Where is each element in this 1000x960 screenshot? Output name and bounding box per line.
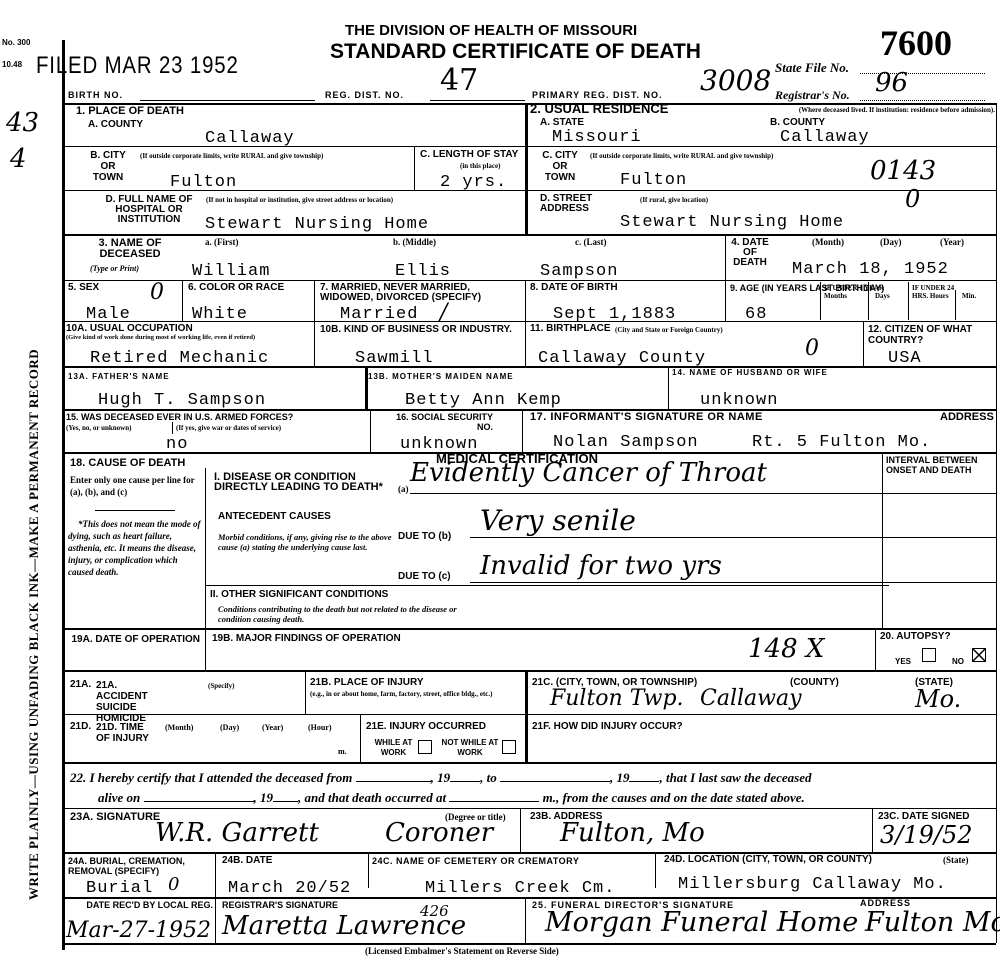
hospital-value: Stewart Nursing Home bbox=[205, 216, 429, 233]
res-street-hint: (If rural, give location) bbox=[640, 196, 708, 204]
while-at-work-label: WHILE AT WORK bbox=[366, 738, 421, 758]
birth-no-label: BIRTH NO. bbox=[68, 90, 123, 100]
length-of-stay-value: 2 yrs. bbox=[440, 174, 507, 191]
row-line bbox=[527, 190, 996, 191]
certify-text-h: , and that death occurred at bbox=[298, 790, 446, 805]
reg-dist-label: REG. DIST. NO. bbox=[325, 90, 404, 100]
burial-location-label: 24d. LOCATION (City, town, or county) bbox=[664, 855, 872, 865]
death-city-value: Fulton bbox=[170, 174, 237, 191]
middle-name-value: Ellis bbox=[395, 263, 451, 280]
col-line bbox=[872, 808, 873, 852]
burial-code: 0 bbox=[168, 874, 179, 896]
middle-name-label: b. (Middle) bbox=[393, 238, 436, 246]
death-county-label: a. COUNTY bbox=[88, 120, 143, 130]
injury-time-text: 21d. TIME OF INJURY bbox=[96, 722, 156, 744]
primary-reg-label: PRIMARY REG. DIST. NO. bbox=[532, 90, 663, 100]
date-of-death-label: 4. DATE OF DEATH bbox=[730, 238, 770, 268]
section-divider bbox=[525, 103, 528, 235]
due-to-b-label: DUE TO (b) bbox=[398, 532, 451, 542]
form-right-border bbox=[996, 103, 997, 943]
armed-forces-value: no bbox=[166, 436, 188, 453]
not-while-at-work-label: NOT WHILE AT WORK bbox=[440, 738, 500, 758]
injury-day-label: (Day) bbox=[220, 724, 239, 732]
injury-time-label: 21d. bbox=[70, 722, 91, 732]
first-name-value: William bbox=[192, 263, 270, 280]
res-county-value: Callaway bbox=[780, 129, 870, 146]
citizen-label: 12. CITIZEN OF WHAT COUNTRY? bbox=[868, 324, 996, 346]
col-line bbox=[314, 280, 315, 366]
autopsy-no-checkbox[interactable] bbox=[972, 648, 986, 662]
date-of-death-value: March 18, 1952 bbox=[792, 261, 949, 278]
cause-a-value: Evidently Cancer of Throat bbox=[410, 462, 767, 484]
business-label: 10b. KIND OF BUSINESS OR INDUSTRY. bbox=[320, 324, 520, 335]
while-at-work-checkbox[interactable] bbox=[418, 740, 432, 754]
place-of-injury-label: 21b. PLACE OF INJURY bbox=[310, 678, 424, 688]
col-line bbox=[522, 409, 523, 452]
burial-date-value: March 20/52 bbox=[228, 880, 351, 897]
due-to-c-label: DUE TO (c) bbox=[398, 572, 451, 582]
cause-hint: Enter only one cause per line for (a), (… bbox=[70, 474, 200, 498]
row-line bbox=[64, 897, 996, 899]
ssn-label: 16. SOCIAL SECURITY NO. bbox=[378, 412, 493, 432]
father-value: Hugh T. Sampson bbox=[98, 392, 266, 409]
row-line bbox=[205, 585, 889, 586]
col-line bbox=[305, 670, 306, 714]
autopsy-label: 20. AUTOPSY? bbox=[880, 632, 951, 642]
col-line bbox=[360, 714, 361, 762]
col-line bbox=[525, 897, 526, 943]
sex-code: 0 bbox=[150, 282, 164, 304]
col-line bbox=[215, 897, 216, 943]
col-line bbox=[868, 282, 869, 320]
armed-forces-hint: (Yes, no, or unknown) bbox=[66, 424, 131, 432]
injury-city-value: Fulton Twp. bbox=[550, 688, 684, 710]
informant-address-label: ADDRESS bbox=[940, 412, 994, 422]
mother-value: Betty Ann Kemp bbox=[405, 392, 562, 409]
injury-occurred-label: 21e. INJURY OCCURRED bbox=[366, 722, 486, 732]
certify-text-b: , 19 bbox=[431, 770, 451, 785]
row-line bbox=[64, 628, 996, 630]
certify-text-i: m., from the causes and on the date stat… bbox=[543, 790, 805, 805]
spouse-value: unknown bbox=[700, 392, 778, 409]
interval-line bbox=[884, 582, 996, 583]
certify-text-c: , to bbox=[480, 770, 497, 785]
hospital-label: d. FULL NAME OF HOSPITAL OR INSTITUTION bbox=[104, 195, 194, 225]
date-signed-value: 3/19/52 bbox=[880, 824, 973, 846]
first-name-label: a. (First) bbox=[205, 238, 239, 246]
degree-value: Coroner bbox=[385, 822, 493, 844]
funeral-address-value: Fulton Mo. bbox=[865, 912, 1000, 934]
cause-of-death-label: 18. CAUSE OF DEATH bbox=[70, 458, 185, 468]
col-line bbox=[215, 852, 216, 897]
col-line bbox=[908, 282, 909, 320]
length-of-stay-label: c. LENGTH OF STAY bbox=[420, 150, 518, 160]
father-label: 13a. FATHER'S NAME bbox=[68, 372, 170, 382]
col-line bbox=[820, 282, 821, 320]
col-line bbox=[520, 808, 521, 852]
citizen-value: USA bbox=[888, 350, 922, 367]
alive-on-field bbox=[144, 801, 254, 802]
marital-label: 7. MARRIED, NEVER MARRIED, WIDOWED, DIVO… bbox=[320, 283, 520, 303]
from-year-field bbox=[450, 781, 480, 782]
occupation-value: Retired Mechanic bbox=[90, 350, 269, 367]
reg-dist-number: 47 bbox=[440, 70, 478, 92]
accident-label: 21a. bbox=[70, 680, 91, 690]
cause-c-line bbox=[470, 582, 890, 583]
last-name-value: Sampson bbox=[540, 263, 618, 280]
mother-label: 13b. MOTHER'S MAIDEN NAME bbox=[368, 372, 514, 382]
col-line bbox=[525, 670, 528, 762]
age-days-label: Days bbox=[875, 292, 890, 300]
autopsy-yes-checkbox[interactable] bbox=[922, 648, 936, 662]
primary-reg-number: 3008 bbox=[700, 70, 771, 92]
alive-year-field bbox=[273, 801, 298, 802]
sex-label: 5. SEX bbox=[68, 283, 99, 293]
cause-footnote: *This does not mean the mode of dying, s… bbox=[68, 518, 203, 578]
margin-note-43: 43 bbox=[6, 112, 39, 134]
place-of-injury-hint: (e.g., in or about home, farm, factory, … bbox=[310, 690, 520, 698]
certify-text-f: alive on bbox=[98, 790, 140, 805]
certify-line-1: 22. I hereby certify that I attended the… bbox=[70, 770, 812, 786]
place-of-death-label: 1. PLACE OF DEATH bbox=[76, 106, 184, 116]
birthplace-code: 0 bbox=[805, 338, 819, 360]
signature-label: 23a. SIGNATURE bbox=[70, 812, 160, 822]
deceased-name-hint: (Type or Print) bbox=[90, 265, 139, 273]
injury-month-label: (Month) bbox=[165, 724, 193, 732]
burial-location-value: Millersburg Callaway Mo. bbox=[678, 876, 947, 893]
cert-address-value: Fulton, Mo bbox=[560, 822, 705, 844]
col-line bbox=[882, 452, 883, 628]
row-line bbox=[64, 670, 996, 672]
accident-hint: (Specify) bbox=[208, 682, 234, 690]
burial-state-label: (State) bbox=[943, 856, 969, 864]
dod-day-label: (Day) bbox=[880, 238, 902, 246]
cause-b-line bbox=[470, 537, 890, 538]
injury-county-value: Callaway bbox=[700, 688, 802, 710]
agency-name: THE DIVISION OF HEALTH OF MISSOURI bbox=[345, 22, 637, 39]
col-line bbox=[955, 290, 956, 320]
birth-no-line bbox=[140, 100, 315, 101]
row-line bbox=[64, 762, 996, 764]
date-received-label: DATE REC'D BY LOCAL REG. bbox=[68, 900, 213, 911]
a-marker: (a) bbox=[398, 485, 409, 493]
disease-label: I. DISEASE OR CONDITION DIRECTLY LEADING… bbox=[214, 472, 404, 492]
to-date-field bbox=[500, 781, 610, 782]
col-line bbox=[725, 280, 726, 322]
row-line bbox=[64, 146, 525, 147]
row-line bbox=[64, 808, 996, 809]
col-line bbox=[414, 146, 415, 190]
race-label: 6. COLOR OR RACE bbox=[188, 283, 284, 293]
res-county-label: b. COUNTY bbox=[770, 118, 825, 128]
burial-label: 24a. BURIAL, CREMATION, REMOVAL (Specify… bbox=[68, 856, 203, 876]
burial-value: Burial bbox=[86, 880, 153, 897]
registrars-no-label: Registrar's No. bbox=[775, 88, 850, 103]
form-number: No. 300 bbox=[2, 38, 30, 47]
res-street-value: Stewart Nursing Home bbox=[620, 214, 844, 231]
form-revision: 10.48 bbox=[2, 60, 22, 69]
row-line bbox=[64, 234, 996, 236]
certify-text-d: , 19 bbox=[610, 770, 630, 785]
informant-label: 17. INFORMANT'S SIGNATURE OR NAME bbox=[530, 412, 763, 422]
dod-month-label: (Month) bbox=[812, 238, 844, 246]
res-city-hint: (If outside corporate limits, write RURA… bbox=[590, 152, 773, 160]
res-city-value: Fulton bbox=[620, 172, 687, 189]
col-line bbox=[368, 852, 369, 888]
col-line bbox=[668, 366, 669, 410]
col-line bbox=[525, 280, 526, 366]
row-line bbox=[64, 190, 525, 191]
form-bottom-border bbox=[64, 943, 996, 945]
margin-instruction: WRITE PLAINLY—USING UNFADING BLACK INK—M… bbox=[26, 180, 42, 900]
certify-text-e: , that I last saw the deceased bbox=[659, 770, 811, 785]
not-while-at-work-checkbox[interactable] bbox=[502, 740, 516, 754]
death-city-hint: (If outside corporate limits, write RURA… bbox=[140, 152, 420, 160]
interval-label: INTERVAL BETWEEN ONSET AND DEATH bbox=[886, 455, 996, 475]
registrars-line bbox=[860, 100, 985, 101]
usual-residence-label: 2. USUAL RESIDENCE bbox=[530, 104, 668, 114]
death-county-value: Callaway bbox=[205, 130, 295, 147]
autopsy-no-label: NO bbox=[952, 657, 964, 667]
res-state-value: Missouri bbox=[552, 129, 642, 146]
registrars-number: 96 bbox=[875, 72, 908, 94]
business-value: Sawmill bbox=[355, 350, 433, 367]
operation-date-label: 19a. DATE OF OPERATION bbox=[70, 634, 200, 646]
birthplace-value: Callaway County bbox=[538, 350, 706, 367]
spouse-label: 14. NAME OF HUSBAND OR WIFE bbox=[672, 368, 828, 378]
age-mins-label: Min. bbox=[962, 292, 976, 300]
antecedent-hint: Morbid conditions, if any, giving rise t… bbox=[218, 532, 393, 552]
informant-value: Nolan Sampson bbox=[553, 434, 699, 451]
cemetery-label: 24c. NAME OF CEMETERY OR CREMATORY bbox=[372, 856, 579, 866]
funeral-director-value: Morgan Funeral Home bbox=[545, 912, 858, 934]
divider bbox=[95, 510, 175, 511]
res-street-code: 0 bbox=[905, 188, 920, 210]
accident-types: 21a. ACCIDENT SUICIDE HOMICIDE bbox=[96, 680, 166, 724]
row-line bbox=[64, 280, 996, 281]
occupation-label: 10a. USUAL OCCUPATION bbox=[66, 324, 193, 334]
injury-hour-label: (Hour) bbox=[308, 724, 332, 732]
date-received-value: Mar-27-1952 bbox=[66, 920, 211, 942]
certify-text-g: , 19 bbox=[254, 790, 274, 805]
length-of-stay-hint: (in this place) bbox=[460, 162, 500, 170]
col-line bbox=[370, 409, 371, 452]
cemetery-value: Millers Creek Cm. bbox=[425, 880, 615, 897]
res-state-label: a. STATE bbox=[540, 118, 584, 128]
col-line bbox=[875, 628, 876, 670]
other-conditions-hint: Conditions contributing to the death but… bbox=[218, 604, 488, 624]
registrar-signature-label: REGISTRAR'S SIGNATURE bbox=[222, 900, 338, 910]
signature-value: W.R. Garrett bbox=[155, 822, 319, 844]
dob-label: 8. DATE OF BIRTH bbox=[530, 283, 618, 293]
death-time-field bbox=[449, 801, 539, 802]
col-line bbox=[725, 234, 726, 280]
armed-forces-hint-2: (If yes, give war or dates of service) bbox=[176, 424, 281, 432]
death-city-label: b. CITY OR TOWN bbox=[88, 150, 128, 183]
cause-b-value: Very senile bbox=[480, 510, 636, 532]
form-title: STANDARD CERTIFICATE OF DEATH bbox=[330, 40, 701, 64]
usual-residence-hint: (Where deceased lived. If institution: r… bbox=[745, 106, 995, 114]
interval-line bbox=[884, 493, 996, 494]
cause-c-value: Invalid for two yrs bbox=[480, 555, 722, 577]
col-line bbox=[655, 852, 656, 888]
margin-note-4: 4 bbox=[10, 148, 27, 170]
last-name-label: c. (Last) bbox=[575, 238, 607, 246]
operation-findings-value: 148 X bbox=[748, 638, 824, 660]
birthplace-label: 11. BIRTHPLACE bbox=[530, 324, 611, 334]
operation-findings-label: 19b. MAJOR FINDINGS OF OPERATION bbox=[212, 634, 401, 644]
antecedent-label: ANTECEDENT CAUSES bbox=[218, 512, 331, 522]
row-line bbox=[64, 366, 996, 368]
col-line bbox=[863, 321, 864, 366]
col-line bbox=[205, 468, 206, 630]
res-street-label: d. STREET ADDRESS bbox=[540, 194, 600, 214]
hospital-hint: (If not in hospital or institution, give… bbox=[206, 196, 393, 204]
res-city-label: c. CITY OR TOWN bbox=[540, 150, 580, 183]
informant-address-value: Rt. 5 Fulton Mo. bbox=[752, 434, 931, 451]
certify-text-a: 22. I hereby certify that I attended the… bbox=[70, 770, 352, 785]
interval-line bbox=[884, 537, 996, 538]
certify-line-2: alive on , 19, and that death occurred a… bbox=[98, 790, 805, 806]
birthplace-hint: (City and State or Foreign Country) bbox=[615, 326, 723, 334]
from-date-field bbox=[356, 781, 431, 782]
checked-x-icon bbox=[973, 649, 985, 661]
injury-state-value: Mo. bbox=[915, 688, 961, 710]
col-line bbox=[205, 628, 206, 670]
state-file-number: 7600 bbox=[880, 22, 952, 64]
how-injury-label: 21f. HOW DID INJURY OCCUR? bbox=[532, 722, 683, 732]
burial-date-label: 24b. DATE bbox=[222, 856, 272, 866]
occupation-hint: (Give kind of work done during most of w… bbox=[66, 334, 311, 342]
registrar-code: 426 bbox=[420, 900, 449, 922]
col-line bbox=[172, 422, 173, 434]
row-line bbox=[527, 146, 996, 147]
footer-note: (Licensed Embalmer's Statement on Revers… bbox=[365, 946, 559, 956]
cause-a-line bbox=[410, 493, 888, 494]
reg-dist-line bbox=[430, 100, 525, 101]
row-line bbox=[64, 321, 996, 322]
dod-year-label: (Year) bbox=[940, 238, 964, 246]
res-city-code: 0143 bbox=[870, 160, 936, 182]
state-file-label: State File No. bbox=[775, 60, 849, 76]
form-left-border bbox=[62, 40, 65, 950]
to-year-field bbox=[629, 781, 659, 782]
row-line bbox=[64, 714, 996, 715]
autopsy-yes-label: YES bbox=[895, 657, 911, 667]
deceased-name-label: 3. NAME OF DECEASED bbox=[90, 238, 170, 260]
armed-forces-label: 15. WAS DECEASED EVER IN U.S. ARMED FORC… bbox=[66, 412, 293, 422]
other-conditions-label: II. OTHER SIGNIFICANT CONDITIONS bbox=[210, 590, 388, 600]
injury-m-label: m. bbox=[338, 748, 347, 756]
col-line bbox=[182, 280, 183, 322]
filed-stamp: FILED MAR 23 1952 bbox=[36, 52, 239, 80]
injury-year-label: (Year) bbox=[262, 724, 283, 732]
